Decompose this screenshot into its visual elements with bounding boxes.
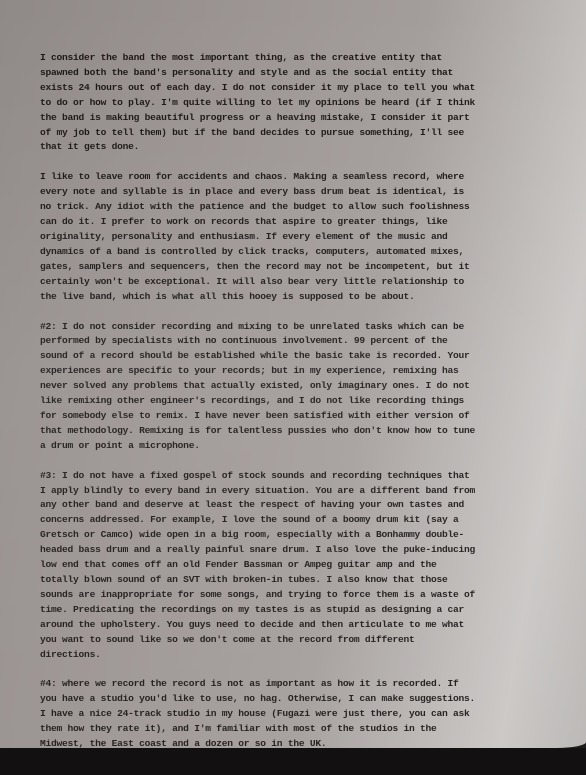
text-line: you want to sound like so we don't come … xyxy=(40,633,560,648)
typewritten-page: I consider the band the most important t… xyxy=(0,0,586,748)
text-line: any other band and deserve at least the … xyxy=(40,498,560,513)
text-line: exists 24 hours out of each day. I do no… xyxy=(40,81,560,96)
text-line: I have a nice 24-track studio in my hous… xyxy=(40,707,560,722)
text-line: Gretsch or Camco) wide open in a big roo… xyxy=(40,528,560,543)
text-line: dynamics of a band is controlled by clic… xyxy=(40,245,560,260)
text-line: Midwest, the East coast and a dozen or s… xyxy=(40,737,560,752)
text-line: every note and syllable is in place and … xyxy=(40,185,560,200)
text-line: a drum or point a microphone. xyxy=(40,439,560,454)
text-line: #3: I do not have a fixed gospel of stoc… xyxy=(40,469,560,484)
text-line: I like to leave room for accidents and c… xyxy=(40,170,560,185)
text-line: headed bass drum and a really painful sn… xyxy=(40,543,560,558)
text-line: of my job to tell them) but if the band … xyxy=(40,126,560,141)
text-line: that it gets done. xyxy=(40,140,560,155)
text-line: spawned both the band's personality and … xyxy=(40,66,560,81)
text-line: performed by specialists with no continu… xyxy=(40,334,560,349)
text-line: totally blown sound of an SVT with broke… xyxy=(40,573,560,588)
text-line: #2: I do not consider recording and mixi… xyxy=(40,320,560,335)
text-line: can do it. I prefer to work on records t… xyxy=(40,215,560,230)
text-line: the band is making beautiful progress or… xyxy=(40,111,560,126)
text-line: I consider the band the most important t… xyxy=(40,51,560,66)
text-line: originality, personality and enthusiasm.… xyxy=(40,230,560,245)
text-line: them how they rate it), and I'm familiar… xyxy=(40,722,560,737)
text-line: certainly won't be exceptional. It will … xyxy=(40,275,560,290)
text-line: the live band, which is what all this ho… xyxy=(40,290,560,305)
text-line: sound of a record should be established … xyxy=(40,349,560,364)
text-line: concerns addressed. For example, I love … xyxy=(40,513,560,528)
paragraph: #2: I do not consider recording and mixi… xyxy=(40,320,560,454)
text-line: no trick. Any idiot with the patience an… xyxy=(40,200,560,215)
paragraph: #3: I do not have a fixed gospel of stoc… xyxy=(40,469,560,663)
text-line: you have a studio you'd like to use, no … xyxy=(40,692,560,707)
text-line: #4: where we record the record is not as… xyxy=(40,677,560,692)
text-line: gates, samplers and sequencers, then the… xyxy=(40,260,560,275)
text-line: for somebody else to remix. I have never… xyxy=(40,409,560,424)
text-line: around the upholstery. You guys need to … xyxy=(40,618,560,633)
text-line: time. Predicating the recordings on my t… xyxy=(40,603,560,618)
text-line: low end that comes off an old Fender Bas… xyxy=(40,558,560,573)
paragraph: #4: where we record the record is not as… xyxy=(40,677,560,752)
text-line: never solved any problems that actually … xyxy=(40,379,560,394)
text-line: like remixing other engineer's recording… xyxy=(40,394,560,409)
text-line: experiences are specific to your records… xyxy=(40,364,560,379)
text-line: directions. xyxy=(40,648,560,663)
paragraph: I like to leave room for accidents and c… xyxy=(40,170,560,304)
text-line: that methodology. Remixing is for talent… xyxy=(40,424,560,439)
paragraph: I consider the band the most important t… xyxy=(40,51,560,155)
text-line: to do or how to play. I'm quite willing … xyxy=(40,96,560,111)
document-body: I consider the band the most important t… xyxy=(40,51,560,767)
text-line: I apply blindly to every band in every s… xyxy=(40,484,560,499)
text-line: sounds are inappropriate for some songs,… xyxy=(40,588,560,603)
